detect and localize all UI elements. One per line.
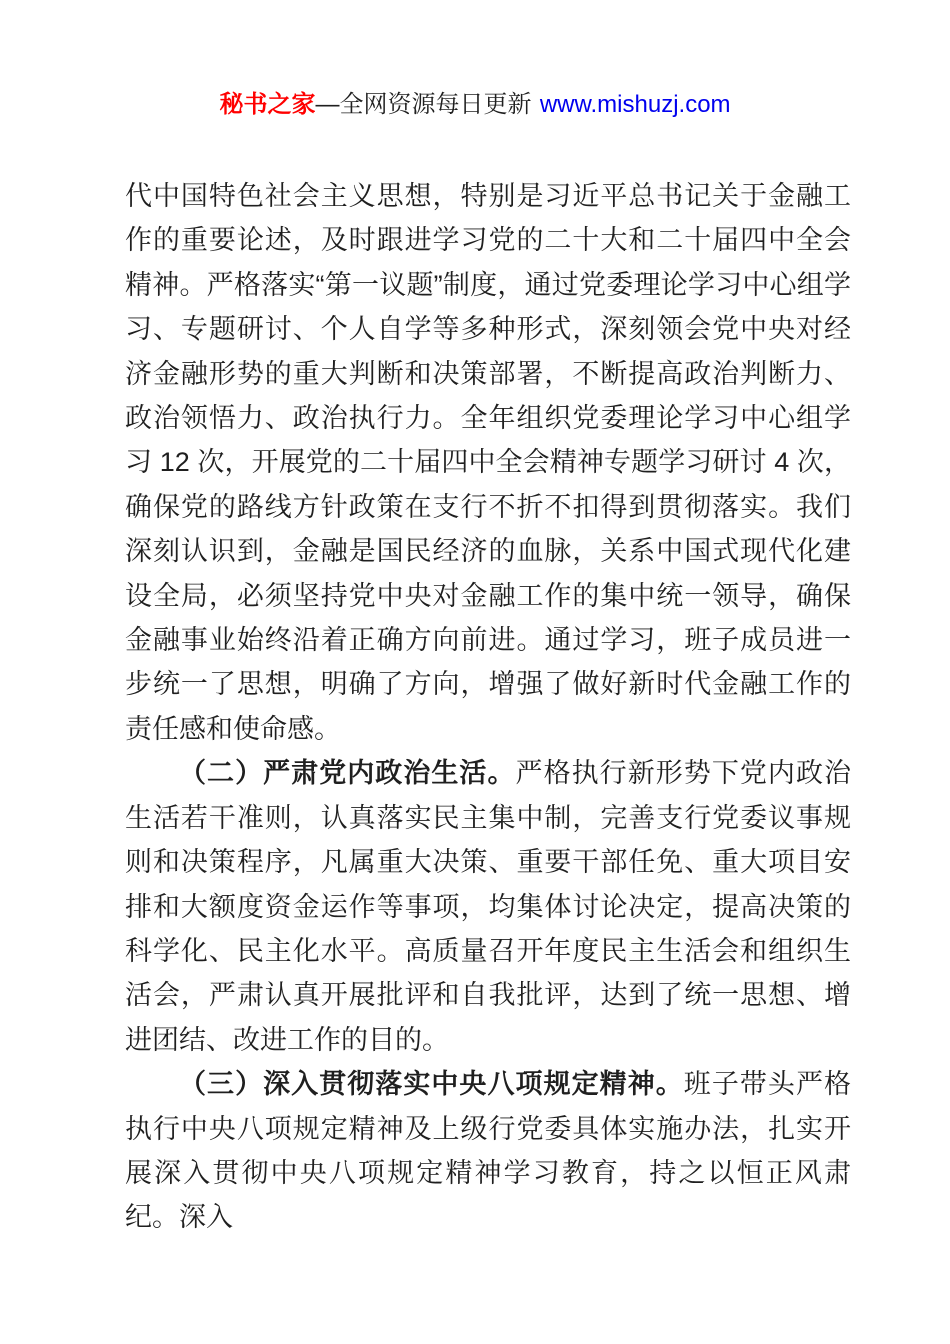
document-body: 代中国特色社会主义思想，特别是习近平总书记关于金融工作的重要论述，及时跟进学习党… <box>125 174 851 1240</box>
paragraph-text: 代中国特色社会主义思想，特别是习近平总书记关于金融工作的重要论述，及时跟进学习党… <box>125 181 851 744</box>
site-brand: 秘书之家 <box>219 91 315 118</box>
section-3-heading: （三）深入贯彻落实中央八项规定精神。 <box>179 1069 684 1099</box>
site-tagline: —全网资源每日更新 <box>315 91 531 118</box>
paragraph-section-2: （二）严肃党内政治生活。严格执行新形势下党内政治生活若干准则，认真落实民主集中制… <box>125 751 851 1062</box>
section-2-heading: （二）严肃党内政治生活。 <box>179 758 516 788</box>
site-header: 秘书之家—全网资源每日更新www.mishuzj.com <box>0 86 950 124</box>
site-url-link[interactable]: www.mishuzj.com <box>540 91 731 118</box>
document-page: 秘书之家—全网资源每日更新www.mishuzj.com 代中国特色社会主义思想… <box>0 0 950 1344</box>
paragraph-text: 严格执行新形势下党内政治生活若干准则，认真落实民主集中制，完善支行党委议事规则和… <box>125 758 851 1054</box>
paragraph-section-3: （三）深入贯彻落实中央八项规定精神。班子带头严格执行中央八项规定精神及上级行党委… <box>125 1062 851 1240</box>
paragraph-continuation: 代中国特色社会主义思想，特别是习近平总书记关于金融工作的重要论述，及时跟进学习党… <box>125 174 851 751</box>
